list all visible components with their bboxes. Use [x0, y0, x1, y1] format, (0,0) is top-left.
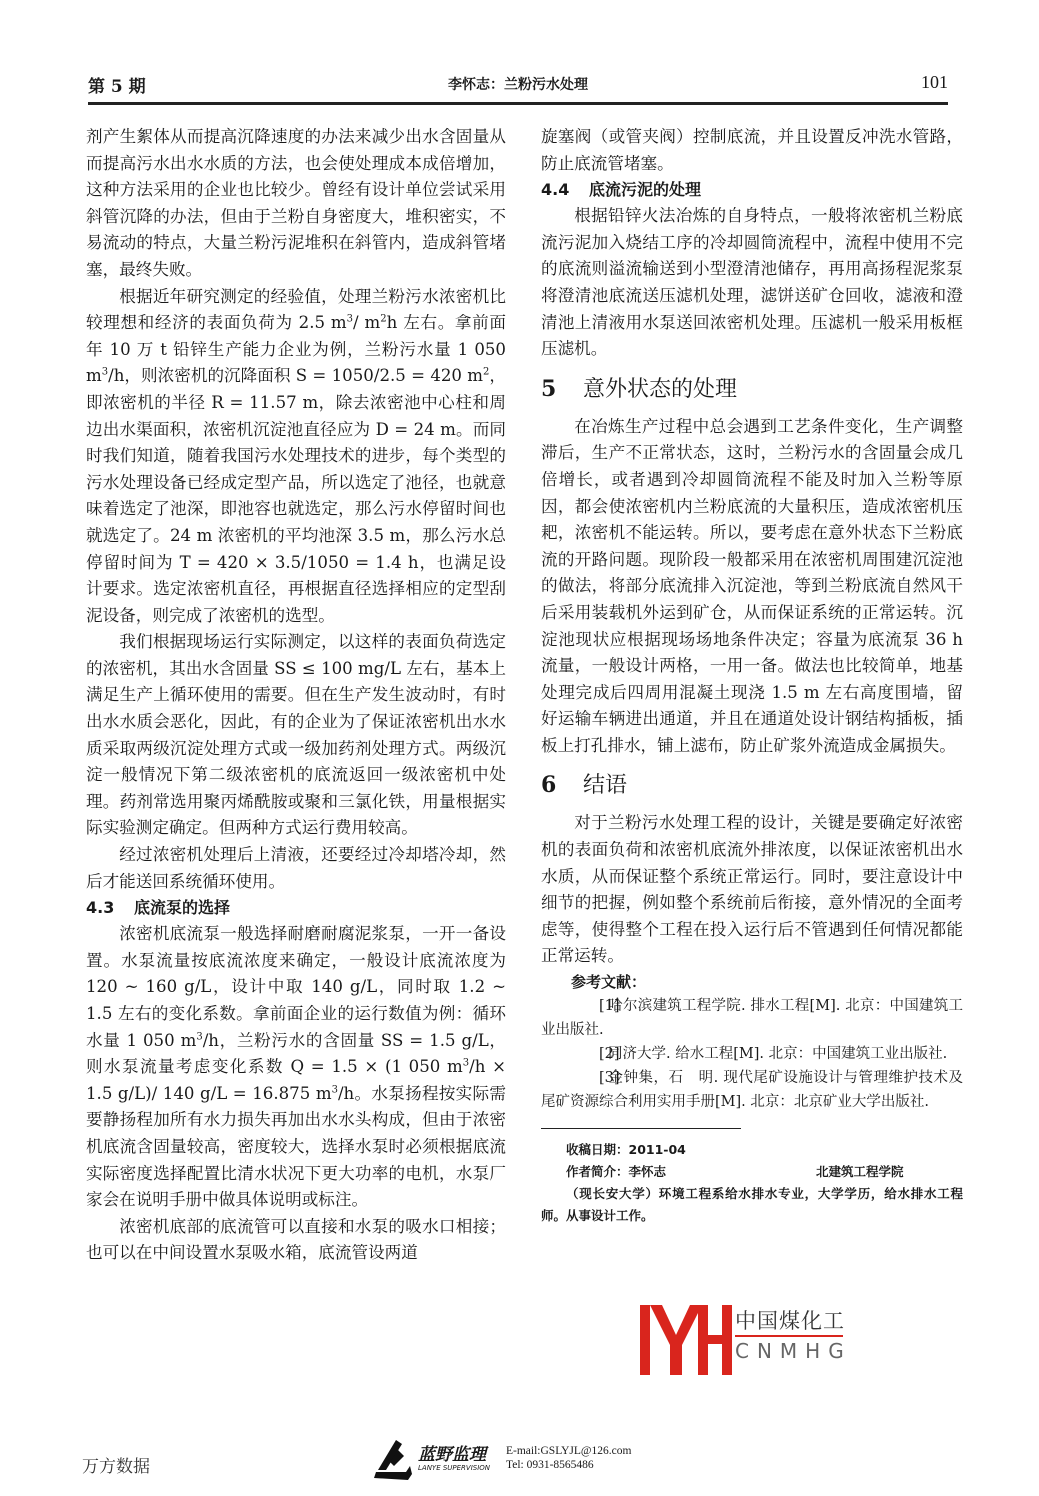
source-label: 万方数据 — [82, 1452, 150, 1477]
paragraph: 剂产生絮体从而提高沉降速度的办法来减少出水含固量从而提高污水出水水质的方法，也会… — [86, 124, 506, 284]
watermark-en-text: CNMHG — [735, 1339, 852, 1363]
watermark-cn-text: 中国煤化工 — [735, 1305, 845, 1335]
paragraph: 根据近年研究测定的经验值，处理兰粉污水浓密机比较理想和经济的表面负荷为 2.5 … — [86, 284, 506, 630]
lanye-logo-icon — [372, 1440, 414, 1480]
paragraph: 我们根据现场运行实际测定，以这样的表面负荷选定的浓密机，其出水含固量 SS ≤ … — [86, 629, 506, 842]
brand-name-cn: 蓝野监理 — [418, 1440, 486, 1465]
paragraph: 浓密机底部的底流管可以直接和水泵的吸水口相接；也可以在中间设置水泵吸水箱，底流管… — [86, 1214, 506, 1267]
references-title: 参考文献： — [541, 970, 963, 994]
paragraph: 在冶炼生产过程中总会遇到工艺条件变化，生产调整滞后，生产不正常状态，这时，兰粉污… — [541, 414, 963, 760]
paragraph: 经过浓密机处理后上清液，还要经过冷却塔冷却，然后才能送回系统循环使用。 — [86, 842, 506, 895]
author-bio: 作者简介：李怀志北建筑工程学院 — [541, 1161, 963, 1183]
watermark-divider — [735, 1335, 843, 1337]
page-header: 第 5 期 李怀志：兰粉污水处理 101 — [88, 72, 948, 100]
footer-brand: 蓝野监理 LANYE SUPERVISION E-mail:GSLYJL@126… — [372, 1440, 692, 1480]
page-number: 101 — [921, 72, 948, 93]
left-column: 剂产生絮体从而提高沉降速度的办法来减少出水含固量从而提高污水出水水质的方法，也会… — [86, 124, 506, 1267]
running-title: 李怀志：兰粉污水处理 — [88, 74, 948, 94]
brand-contact: E-mail:GSLYJL@126.com Tel: 0931-8565486 — [506, 1444, 631, 1472]
section-heading-4-3: 4.3底流泵的选择 — [86, 895, 506, 921]
section-heading-5: 5意外状态的处理 — [541, 373, 963, 406]
paragraph: 对于兰粉污水处理工程的设计，关键是要确定好浓密机的表面负荷和浓密机底流外排浓度，… — [541, 810, 963, 970]
section-heading-4-4: 4.4底流污泥的处理 — [541, 177, 963, 203]
paragraph: 浓密机底流泵一般选择耐磨耐腐泥浆泵，一开一备设置。水泵流量按底流浓度来确定，一般… — [86, 921, 506, 1214]
section-heading-6: 6结语 — [541, 769, 963, 802]
paragraph: 旋塞阀（或管夹阀）控制底流，并且设置反冲洗水管路，防止底流管堵塞。 — [541, 124, 963, 177]
reference-item: [1]哈尔滨建筑工程学院. 排水工程[M]. 北京：中国建筑工业出版社. — [541, 994, 963, 1042]
reference-item: [3]金钟集，石 明. 现代尾矿设施设计与管理维护技术及尾矿资源综合利用实用手册… — [541, 1066, 963, 1114]
watermark: 中国煤化工 CNMHG — [640, 1305, 940, 1377]
header-rule — [88, 102, 948, 105]
received-date: 收稿日期：2011-04 — [541, 1139, 963, 1161]
reference-item: [2]同济大学. 给水工程[M]. 北京：中国建筑工业出版社. — [541, 1042, 963, 1066]
right-column: 旋塞阀（或管夹阀）控制底流，并且设置反冲洗水管路，防止底流管堵塞。 4.4底流污… — [541, 124, 963, 1227]
yh-logo-icon — [640, 1305, 732, 1375]
footnote-rule — [541, 1128, 741, 1129]
author-bio-cont: （现长安大学）环境工程系给水排水专业，大学学历，给水排水工程师。从事设计工作。 — [541, 1183, 963, 1227]
brand-email: E-mail:GSLYJL@126.com — [506, 1444, 631, 1458]
brand-name-en: LANYE SUPERVISION — [418, 1464, 490, 1472]
brand-tel: Tel: 0931-8565486 — [506, 1458, 631, 1472]
paragraph: 根据铅锌火法冶炼的自身特点，一般将浓密机兰粉底流污泥加入烧结工序的冷却圆筒流程中… — [541, 203, 963, 363]
